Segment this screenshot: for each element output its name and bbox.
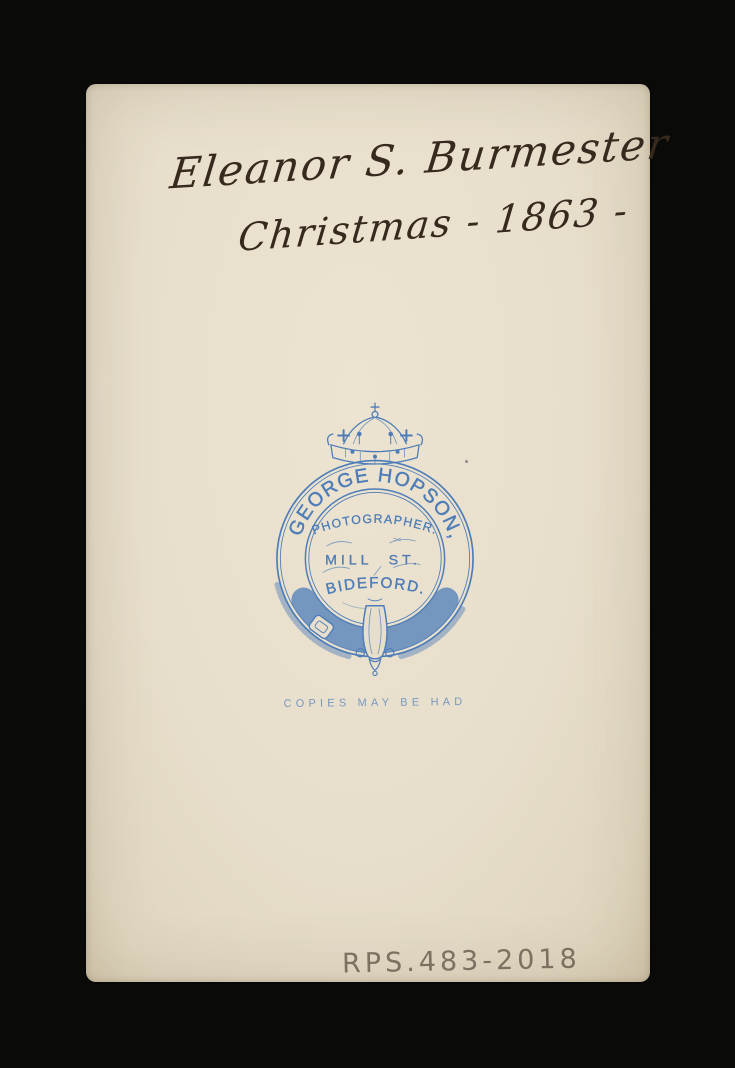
black-backdrop: Eleanor S. Burmester Christmas - 1863 - xyxy=(0,0,735,1068)
museum-number: RPS.483-2018 xyxy=(342,944,581,980)
stamp-caption: COPIES MAY BE HAD xyxy=(272,696,478,710)
stamp-street-text: MILL ST. xyxy=(325,553,421,569)
inscription-date: Christmas - 1863 - xyxy=(236,188,631,260)
stamp-flourishes xyxy=(323,538,420,608)
carte-de-visite-back: Eleanor S. Burmester Christmas - 1863 - xyxy=(86,84,650,982)
stamp-profession-text: PHOTOGRAPHER. xyxy=(310,512,440,538)
stamp-town-text: BIDEFORD. xyxy=(324,575,428,599)
museum-photograph: { "card": { "inscription": { "line1": "E… xyxy=(0,0,735,1068)
paper-speck xyxy=(465,460,468,463)
inscription-name: Eleanor S. Burmester xyxy=(168,119,672,199)
photographer-stamp: GEORGE HOPSON, PHOTOGRAPHER. MILL ST. BI… xyxy=(272,400,478,678)
crown-icon xyxy=(328,403,423,464)
